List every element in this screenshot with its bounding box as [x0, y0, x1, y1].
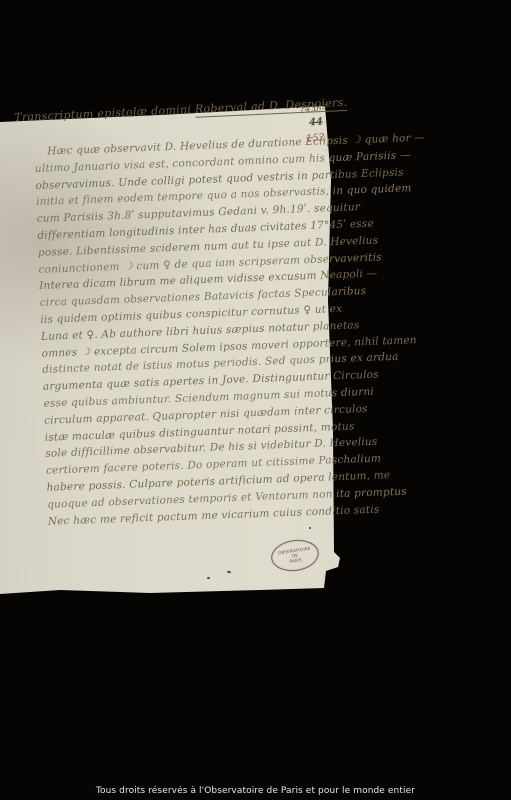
- stamp-text-bottom: PARIS: [289, 557, 302, 564]
- folio-number-struck: 44: [309, 117, 324, 129]
- copyright-caption: Tous droits réservés à l'Observatoire de…: [0, 786, 511, 796]
- photo-stage: Transcriptum epistolæ domini Roberval ad…: [0, 0, 511, 800]
- letter-body: Hæc quæ observavit D. Hevelius de durati…: [34, 133, 353, 530]
- paper-speck: [207, 577, 210, 579]
- paper-speck: [309, 527, 311, 529]
